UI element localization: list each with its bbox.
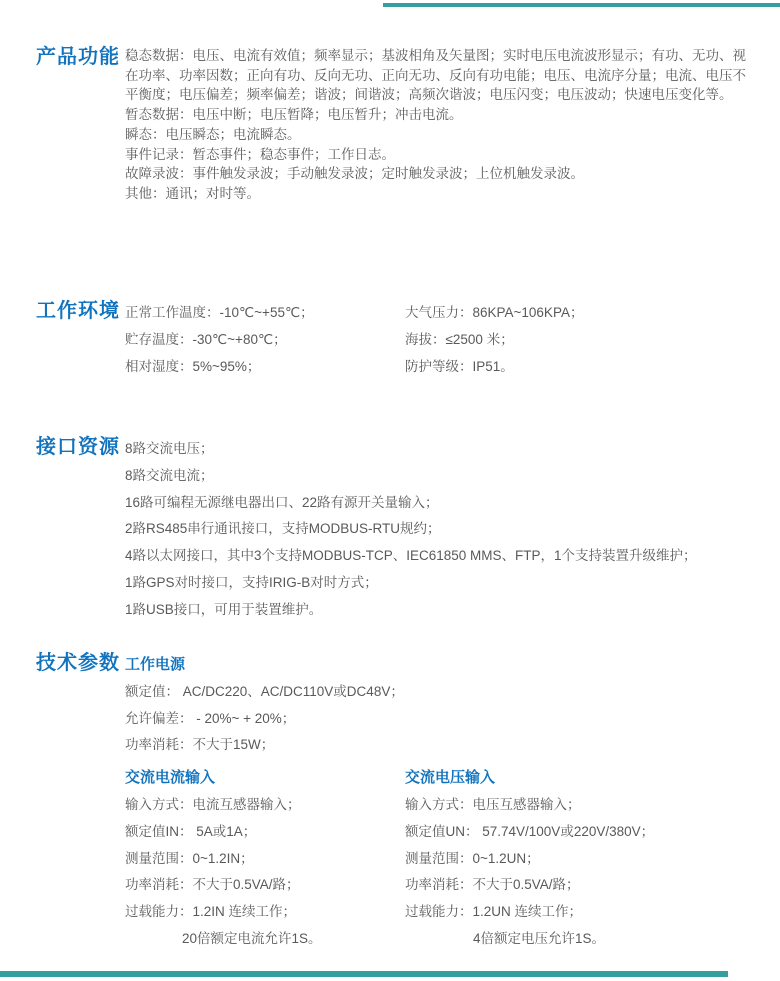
text-line: 测量范围：0~1.2IN； (125, 846, 405, 873)
product-features-body: 稳态数据：电压、电流有效值；频率显示；基波相角及矢量图；实时电压电流波形显示；有… (125, 46, 755, 204)
text-line: 瞬态：电压瞬态；电流瞬态。 (125, 125, 755, 145)
subheading-power-supply: 工作电源 (125, 652, 755, 679)
interface-resources-body: 8路交流电压； 8路交流电流； 16路可编程无源继电器出口、22路有源开关量输入… (125, 436, 755, 624)
text-line: 正常工作温度：-10℃~+55℃； (125, 300, 405, 327)
text-line: 20倍额定电流允许1S。 (125, 926, 405, 953)
text-line: 16路可编程无源继电器出口、22路有源开关量输入； (125, 490, 755, 517)
text-line: 其他：通讯；对时等。 (125, 184, 755, 204)
text-line: 功率消耗：不大于0.5VA/路； (405, 872, 755, 899)
text-line: 过载能力：1.2UN 连续工作； (405, 899, 755, 926)
text-line: 在功率、功率因数；正向有功、反向无功、正向无功、反向有功电能；电压、电流序分量；… (125, 66, 755, 86)
section-interface-resources: 接口资源 8路交流电压； 8路交流电流； 16路可编程无源继电器出口、22路有源… (36, 436, 755, 624)
text-line: 额定值UN： 57.74V/100V或220V/380V； (405, 819, 755, 846)
text-line: 4倍额定电压允许1S。 (405, 926, 755, 953)
text-line: 功率消耗：不大于0.5VA/路； (125, 872, 405, 899)
text-line: 过载能力：1.2IN 连续工作； (125, 899, 405, 926)
text-line: 海拔：≤2500 米； (405, 327, 755, 354)
bottom-accent-bar (0, 971, 728, 977)
section-working-environment: 工作环境 正常工作温度：-10℃~+55℃； 贮存温度：-30℃~+80℃； 相… (36, 300, 755, 380)
text-line: 大气压力：86KPA~106KPA； (405, 300, 755, 327)
section-product-features: 产品功能 稳态数据：电压、电流有效值；频率显示；基波相角及矢量图；实时电压电流波… (36, 46, 755, 204)
top-accent-bar (383, 3, 780, 7)
text-line: 输入方式：电压互感器输入； (405, 792, 755, 819)
section-title-working-environment: 工作环境 (36, 300, 125, 322)
working-environment-body: 正常工作温度：-10℃~+55℃； 贮存温度：-30℃~+80℃； 相对湿度：5… (125, 300, 755, 380)
text-line: 暂态数据：电压中断；电压暂降；电压暂升；冲击电流。 (125, 105, 755, 125)
text-line: 8路交流电流； (125, 463, 755, 490)
text-line: 防护等级：IP51。 (405, 354, 755, 381)
power-supply-block: 工作电源 额定值： AC/DC220、AC/DC110V或DC48V； 允许偏差… (125, 652, 755, 759)
technical-parameters-body: 工作电源 额定值： AC/DC220、AC/DC110V或DC48V； 允许偏差… (125, 652, 755, 953)
text-line: 事件记录：暂态事件；稳态事件；工作日志。 (125, 145, 755, 165)
environment-left-column: 正常工作温度：-10℃~+55℃； 贮存温度：-30℃~+80℃； 相对湿度：5… (125, 300, 405, 380)
section-title-interface-resources: 接口资源 (36, 436, 125, 458)
text-line: 允许偏差： - 20%~ + 20%； (125, 706, 755, 733)
text-line: 2路RS485串行通讯接口，支持MODBUS-RTU规约； (125, 516, 755, 543)
subheading-ac-current-input: 交流电流输入 (125, 765, 405, 792)
text-line: 测量范围：0~1.2UN； (405, 846, 755, 873)
text-line: 1路USB接口，可用于装置维护。 (125, 597, 755, 624)
environment-right-column: 大气压力：86KPA~106KPA； 海拔：≤2500 米； 防护等级：IP51… (405, 300, 755, 380)
text-line: 4路以太网接口，其中3个支持MODBUS-TCP、IEC61850 MMS、FT… (125, 543, 755, 570)
text-line: 稳态数据：电压、电流有效值；频率显示；基波相角及矢量图；实时电压电流波形显示；有… (125, 46, 755, 66)
text-line: 1路GPS对时接口，支持IRIG-B对时方式； (125, 570, 755, 597)
text-line: 额定值IN： 5A或1A； (125, 819, 405, 846)
section-title-technical-parameters: 技术参数 (36, 652, 125, 674)
datasheet-page: 产品功能 稳态数据：电压、电流有效值；频率显示；基波相角及矢量图；实时电压电流波… (0, 0, 780, 981)
ac-voltage-input-block: 交流电压输入 输入方式：电压互感器输入； 额定值UN： 57.74V/100V或… (405, 765, 755, 953)
text-line: 贮存温度：-30℃~+80℃； (125, 327, 405, 354)
subheading-ac-voltage-input: 交流电压输入 (405, 765, 755, 792)
ac-current-input-block: 交流电流输入 输入方式：电流互感器输入； 额定值IN： 5A或1A； 测量范围：… (125, 765, 405, 953)
section-title-product-features: 产品功能 (36, 46, 125, 68)
text-line: 输入方式：电流互感器输入； (125, 792, 405, 819)
text-line: 故障录波：事件触发录波；手动触发录波；定时触发录波；上位机触发录波。 (125, 164, 755, 184)
section-technical-parameters: 技术参数 工作电源 额定值： AC/DC220、AC/DC110V或DC48V；… (36, 652, 755, 953)
text-line: 8路交流电压； (125, 436, 755, 463)
text-line: 平衡度；电压偏差；频率偏差；谐波；间谐波；高频次谐波；电压闪变；电压波动；快速电… (125, 85, 755, 105)
text-line: 功率消耗：不大于15W； (125, 732, 755, 759)
text-line: 额定值： AC/DC220、AC/DC110V或DC48V； (125, 679, 755, 706)
text-line: 相对湿度：5%~95%； (125, 354, 405, 381)
